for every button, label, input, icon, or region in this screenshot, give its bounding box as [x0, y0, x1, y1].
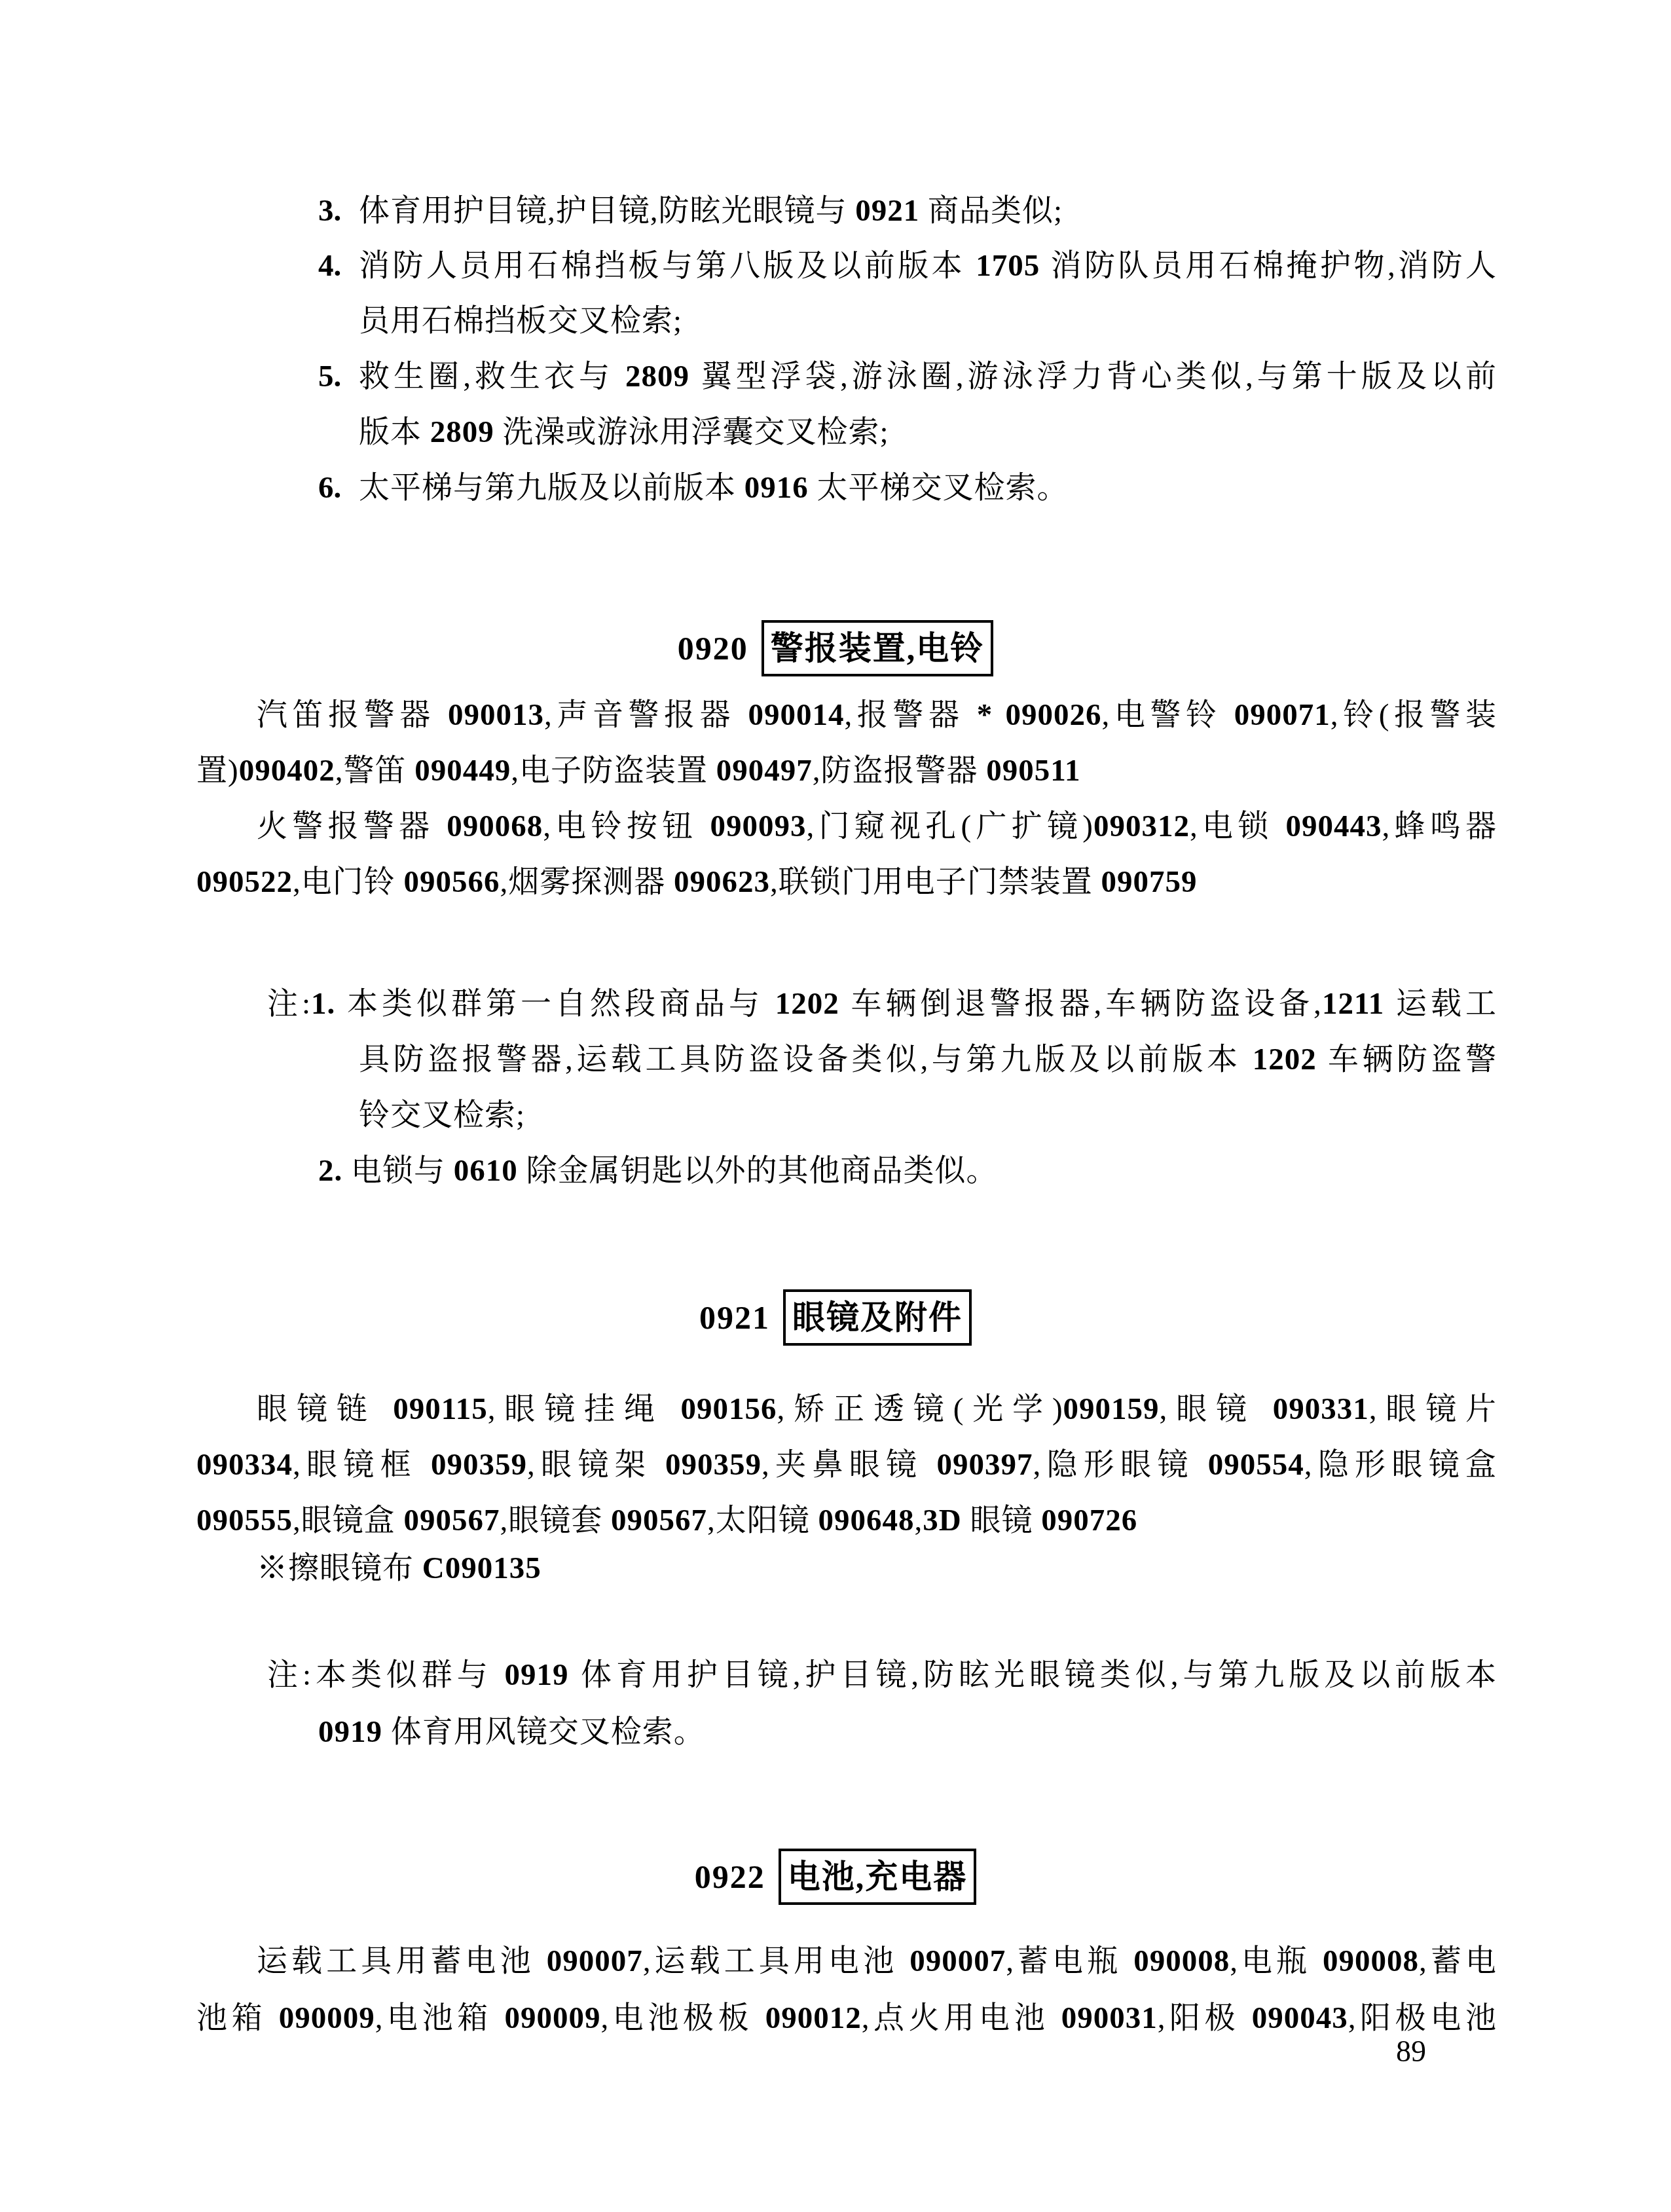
note-line: 0919 体育用风镜交叉检索。	[318, 1712, 705, 1752]
note-line: 铃交叉检索;	[359, 1095, 525, 1135]
paragraph-line: 置)090402,警笛 090449,电子防盗装置 090497,防盗报警器 0…	[196, 750, 1081, 791]
paragraph-line: 眼镜链 090115,眼镜挂绳 090156,矫正透镜(光学)090159,眼镜…	[257, 1389, 1497, 1429]
list-item-number: 6.	[318, 468, 341, 508]
document-page: 3. 体育用护目镜,护目镜,防眩光眼镜与 0921 商品类似; 4. 消防人员用…	[0, 0, 1671, 2212]
section-heading-0920: 0920 警报装置,电铃	[0, 614, 1671, 683]
paragraph-line: ※擦眼镜布 C090135	[257, 1548, 542, 1589]
list-item-number: 3.	[318, 191, 341, 231]
section-title-box: 眼镜及附件	[783, 1289, 972, 1346]
paragraph-line: 火警报警器 090068,电铃按钮 090093,门窥视孔(广扩镜)090312…	[257, 806, 1497, 847]
section-heading-0922: 0922 电池,充电器	[0, 1842, 1671, 1911]
list-item-number: 5.	[318, 356, 341, 397]
section-title-box: 电池,充电器	[779, 1849, 977, 1905]
list-item-line: 消防人员用石棉挡板与第八版及以前版本 1705 消防队员用石棉掩护物,消防人	[359, 246, 1497, 286]
paragraph-line: 汽笛报警器 090013,声音警报器 090014,报警器 * 090026,电…	[257, 695, 1497, 735]
paragraph-line: 090555,眼镜盒 090567,眼镜套 090567,太阳镜 090648,…	[196, 1500, 1137, 1541]
note-line: 注:1. 本类似群第一自然段商品与 1202 车辆倒退警报器,车辆防盗设备,12…	[267, 984, 1497, 1024]
section-code: 0922	[695, 1858, 765, 1896]
section-code: 0921	[699, 1299, 770, 1336]
list-item-line: 太平梯与第九版及以前版本 0916 太平梯交叉检索。	[359, 468, 1069, 508]
note-line: 具防盗报警器,运载工具防盗设备类似,与第九版及以前版本 1202 车辆防盗警	[359, 1039, 1497, 1080]
list-item-line: 救生圈,救生衣与 2809 翼型浮袋,游泳圈,游泳浮力背心类似,与第十版及以前	[359, 356, 1497, 397]
list-item-line: 员用石棉挡板交叉检索;	[359, 301, 682, 341]
paragraph-line: 运载工具用蓄电池 090007,运载工具用电池 090007,蓄电瓶 09000…	[257, 1941, 1497, 1982]
paragraph-line: 池箱 090009,电池箱 090009,电池极板 090012,点火用电池 0…	[196, 1998, 1497, 2038]
page-number: 89	[1396, 2031, 1426, 2072]
section-heading-0921: 0921 眼镜及附件	[0, 1283, 1671, 1352]
list-item-line: 体育用护目镜,护目镜,防眩光眼镜与 0921 商品类似;	[359, 191, 1063, 231]
note-line: 注:本类似群与 0919 体育用护目镜,护目镜,防眩光眼镜类似,与第九版及以前版…	[267, 1655, 1497, 1695]
paragraph-line: 090522,电门铃 090566,烟雾探测器 090623,联锁门用电子门禁装…	[196, 862, 1198, 902]
section-title-box: 警报装置,电铃	[762, 620, 994, 676]
paragraph-line: 090334,眼镜框 090359,眼镜架 090359,夹鼻眼镜 090397…	[196, 1445, 1497, 1485]
list-item-number: 4.	[318, 246, 341, 286]
list-item-line: 版本 2809 洗澡或游泳用浮囊交叉检索;	[359, 412, 889, 452]
note-line: 2. 电锁与 0610 除金属钥匙以外的其他商品类似。	[318, 1151, 998, 1191]
section-code: 0920	[678, 629, 748, 667]
